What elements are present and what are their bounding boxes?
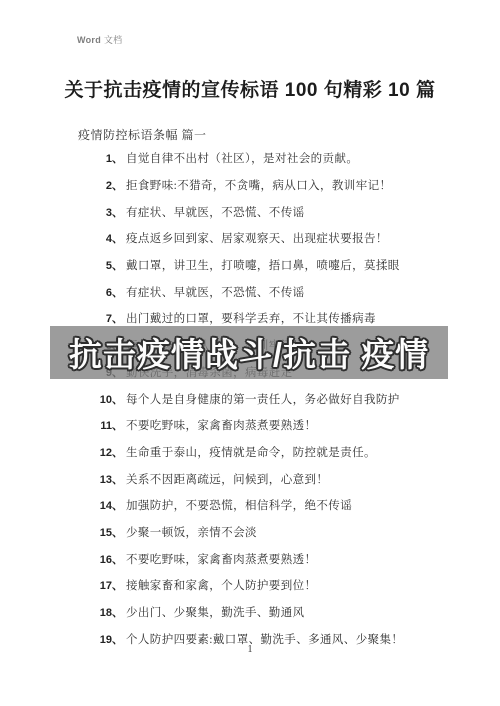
list-item-text: 加强防护，不要恐慌，相信科学，绝不传谣 (126, 497, 352, 513)
word-doc-brand: Word 文档 (77, 33, 122, 46)
list-item: 2、拒食野味:不猎奇，不贪嘴，病从口入，教训牢记！ (78, 172, 478, 199)
watermark-band: 抗击疫情战斗/抗击 疫情 (50, 326, 448, 379)
list-item: 10、每个人是自身健康的第一责任人，务必做好自我防护 (78, 385, 478, 412)
list-item-text: 少聚一顿饭，亲情不会淡 (126, 524, 257, 540)
list-item-number: 12、 (78, 444, 126, 460)
list-item-number: 5、 (78, 257, 126, 273)
list-item-text: 出门戴过的口罩，要科学丢弃，不让其传播病毒 (126, 310, 376, 326)
list-item: 16、不要吃野味，家禽畜肉蒸煮要熟透！ (78, 545, 478, 572)
list-item: 13、关系不因距离疏远，问候到，心意到！ (78, 465, 478, 492)
list-item: 3、有症状、早就医，不恐慌、不传谣 (78, 198, 478, 225)
list-item-text: 少出门、少聚集，勤洗手、勤通风 (126, 604, 305, 620)
page-number: 1 (0, 644, 500, 655)
list-item-text: 生命重于泰山，疫情就是命令，防控就是责任。 (126, 444, 376, 460)
list-item-number: 6、 (78, 284, 126, 300)
list-item-text: 有症状、早就医，不恐慌、不传谣 (126, 284, 305, 300)
list-item-text: 拒食野味:不猎奇，不贪嘴，病从口入，教训牢记！ (126, 177, 391, 193)
list-item-text: 疫点返乡回到家、居家观察天、出现症状要报告！ (126, 230, 388, 246)
list-item: 18、少出门、少聚集，勤洗手、勤通风 (78, 599, 478, 626)
list-item-number: 2、 (78, 177, 126, 193)
list-item-number: 17、 (78, 577, 126, 593)
brand-word-label: Word (77, 35, 101, 45)
page-title: 关于抗击疫情的宣传标语 100 句精彩 10 篇 (0, 75, 500, 102)
list-item-number: 1、 (78, 150, 126, 166)
list-item: 5、戴口罩，讲卫生，打喷嚏，捂口鼻，喷嚏后，莫揉眼 (78, 252, 478, 279)
list-item-number: 13、 (78, 471, 126, 487)
list-item-text: 关系不因距离疏远，问候到，心意到！ (126, 471, 328, 487)
list-item-number: 4、 (78, 230, 126, 246)
list-item-text: 戴口罩，讲卫生，打喷嚏，捂口鼻，喷嚏后，莫揉眼 (126, 257, 400, 273)
list-item: 12、生命重于泰山，疫情就是命令，防控就是责任。 (78, 439, 478, 466)
list-item-number: 14、 (78, 497, 126, 513)
list-item: 11、不要吃野味，家禽畜肉蒸煮要熟透！ (78, 412, 478, 439)
list-item-text: 不要吃野味，家禽畜肉蒸煮要熟透！ (126, 417, 316, 433)
list-item-number: 16、 (78, 551, 126, 567)
list-item-number: 18、 (78, 604, 126, 620)
watermark-text: 抗击疫情战斗/抗击 疫情 (69, 329, 429, 376)
list-item: 17、接触家畜和家禽，个人防护要到位！ (78, 572, 478, 599)
list-item-number: 3、 (78, 204, 126, 220)
list-item-text: 接触家畜和家禽，个人防护要到位！ (126, 577, 316, 593)
brand-doc-label: 文档 (104, 35, 123, 45)
list-item: 4、疫点返乡回到家、居家观察天、出现症状要报告！ (78, 225, 478, 252)
list-item-text: 每个人是自身健康的第一责任人，务必做好自我防护 (126, 391, 400, 407)
section-heading: 疫情防控标语条幅 篇一 (78, 126, 207, 143)
list-item-number: 7、 (78, 310, 126, 326)
list-item-text: 自觉自律不出村（社区），是对社会的贡献。 (126, 150, 358, 166)
list-item-number: 11、 (78, 417, 126, 433)
list-item-text: 不要吃野味，家禽畜肉蒸煮要熟透！ (126, 551, 316, 567)
list-item: 15、少聚一顿饭，亲情不会淡 (78, 519, 478, 546)
document-page: Word 文档 关于抗击疫情的宣传标语 100 句精彩 10 篇 疫情防控标语条… (0, 0, 500, 706)
list-item-text: 有症状、早就医，不恐慌、不传谣 (126, 204, 305, 220)
list-item-number: 10、 (78, 391, 126, 407)
list-item-number: 15、 (78, 524, 126, 540)
slogan-list: 1、自觉自律不出村（社区），是对社会的贡献。2、拒食野味:不猎奇，不贪嘴，病从口… (78, 145, 478, 652)
list-item: 1、自觉自律不出村（社区），是对社会的贡献。 (78, 145, 478, 172)
list-item: 6、有症状、早就医，不恐慌、不传谣 (78, 278, 478, 305)
list-item: 14、加强防护，不要恐慌，相信科学，绝不传谣 (78, 492, 478, 519)
